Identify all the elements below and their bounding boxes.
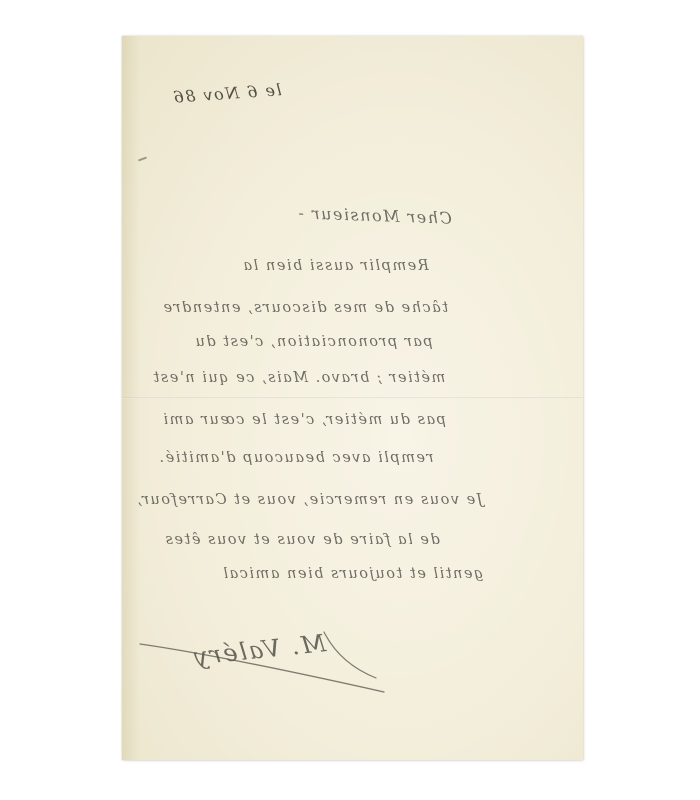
- letter-salutation: Cher Monsieur -: [297, 203, 452, 227]
- fold-crease: [122, 397, 583, 399]
- letter-body-line: métier ; bravo. Mais, ce qui n'est: [152, 370, 445, 386]
- letter-body-line: Je vous en remercie, vous et Carrefour,: [136, 492, 483, 508]
- ink-mark: [138, 157, 147, 162]
- letter-date: le 6 Nov 86: [171, 80, 282, 107]
- letter-body-line: pas du métier, c'est le cœur ami: [162, 412, 446, 428]
- letter-body-line: Remplir aussi bien la: [242, 258, 429, 274]
- letter-body-line: gentil et toujours bien amical: [222, 566, 483, 582]
- letter-paper: le 6 Nov 86 Cher Monsieur - Remplir auss…: [122, 36, 583, 760]
- letter-body-line: tâche de mes discours, entendre: [162, 300, 448, 316]
- letter-body-line: de la faire de vous et vous êtes: [164, 532, 440, 548]
- letter-body-line: rempli avec beaucoup d'amitié.: [158, 450, 433, 466]
- letter-body-line: par prononciation, c'est du: [194, 334, 433, 350]
